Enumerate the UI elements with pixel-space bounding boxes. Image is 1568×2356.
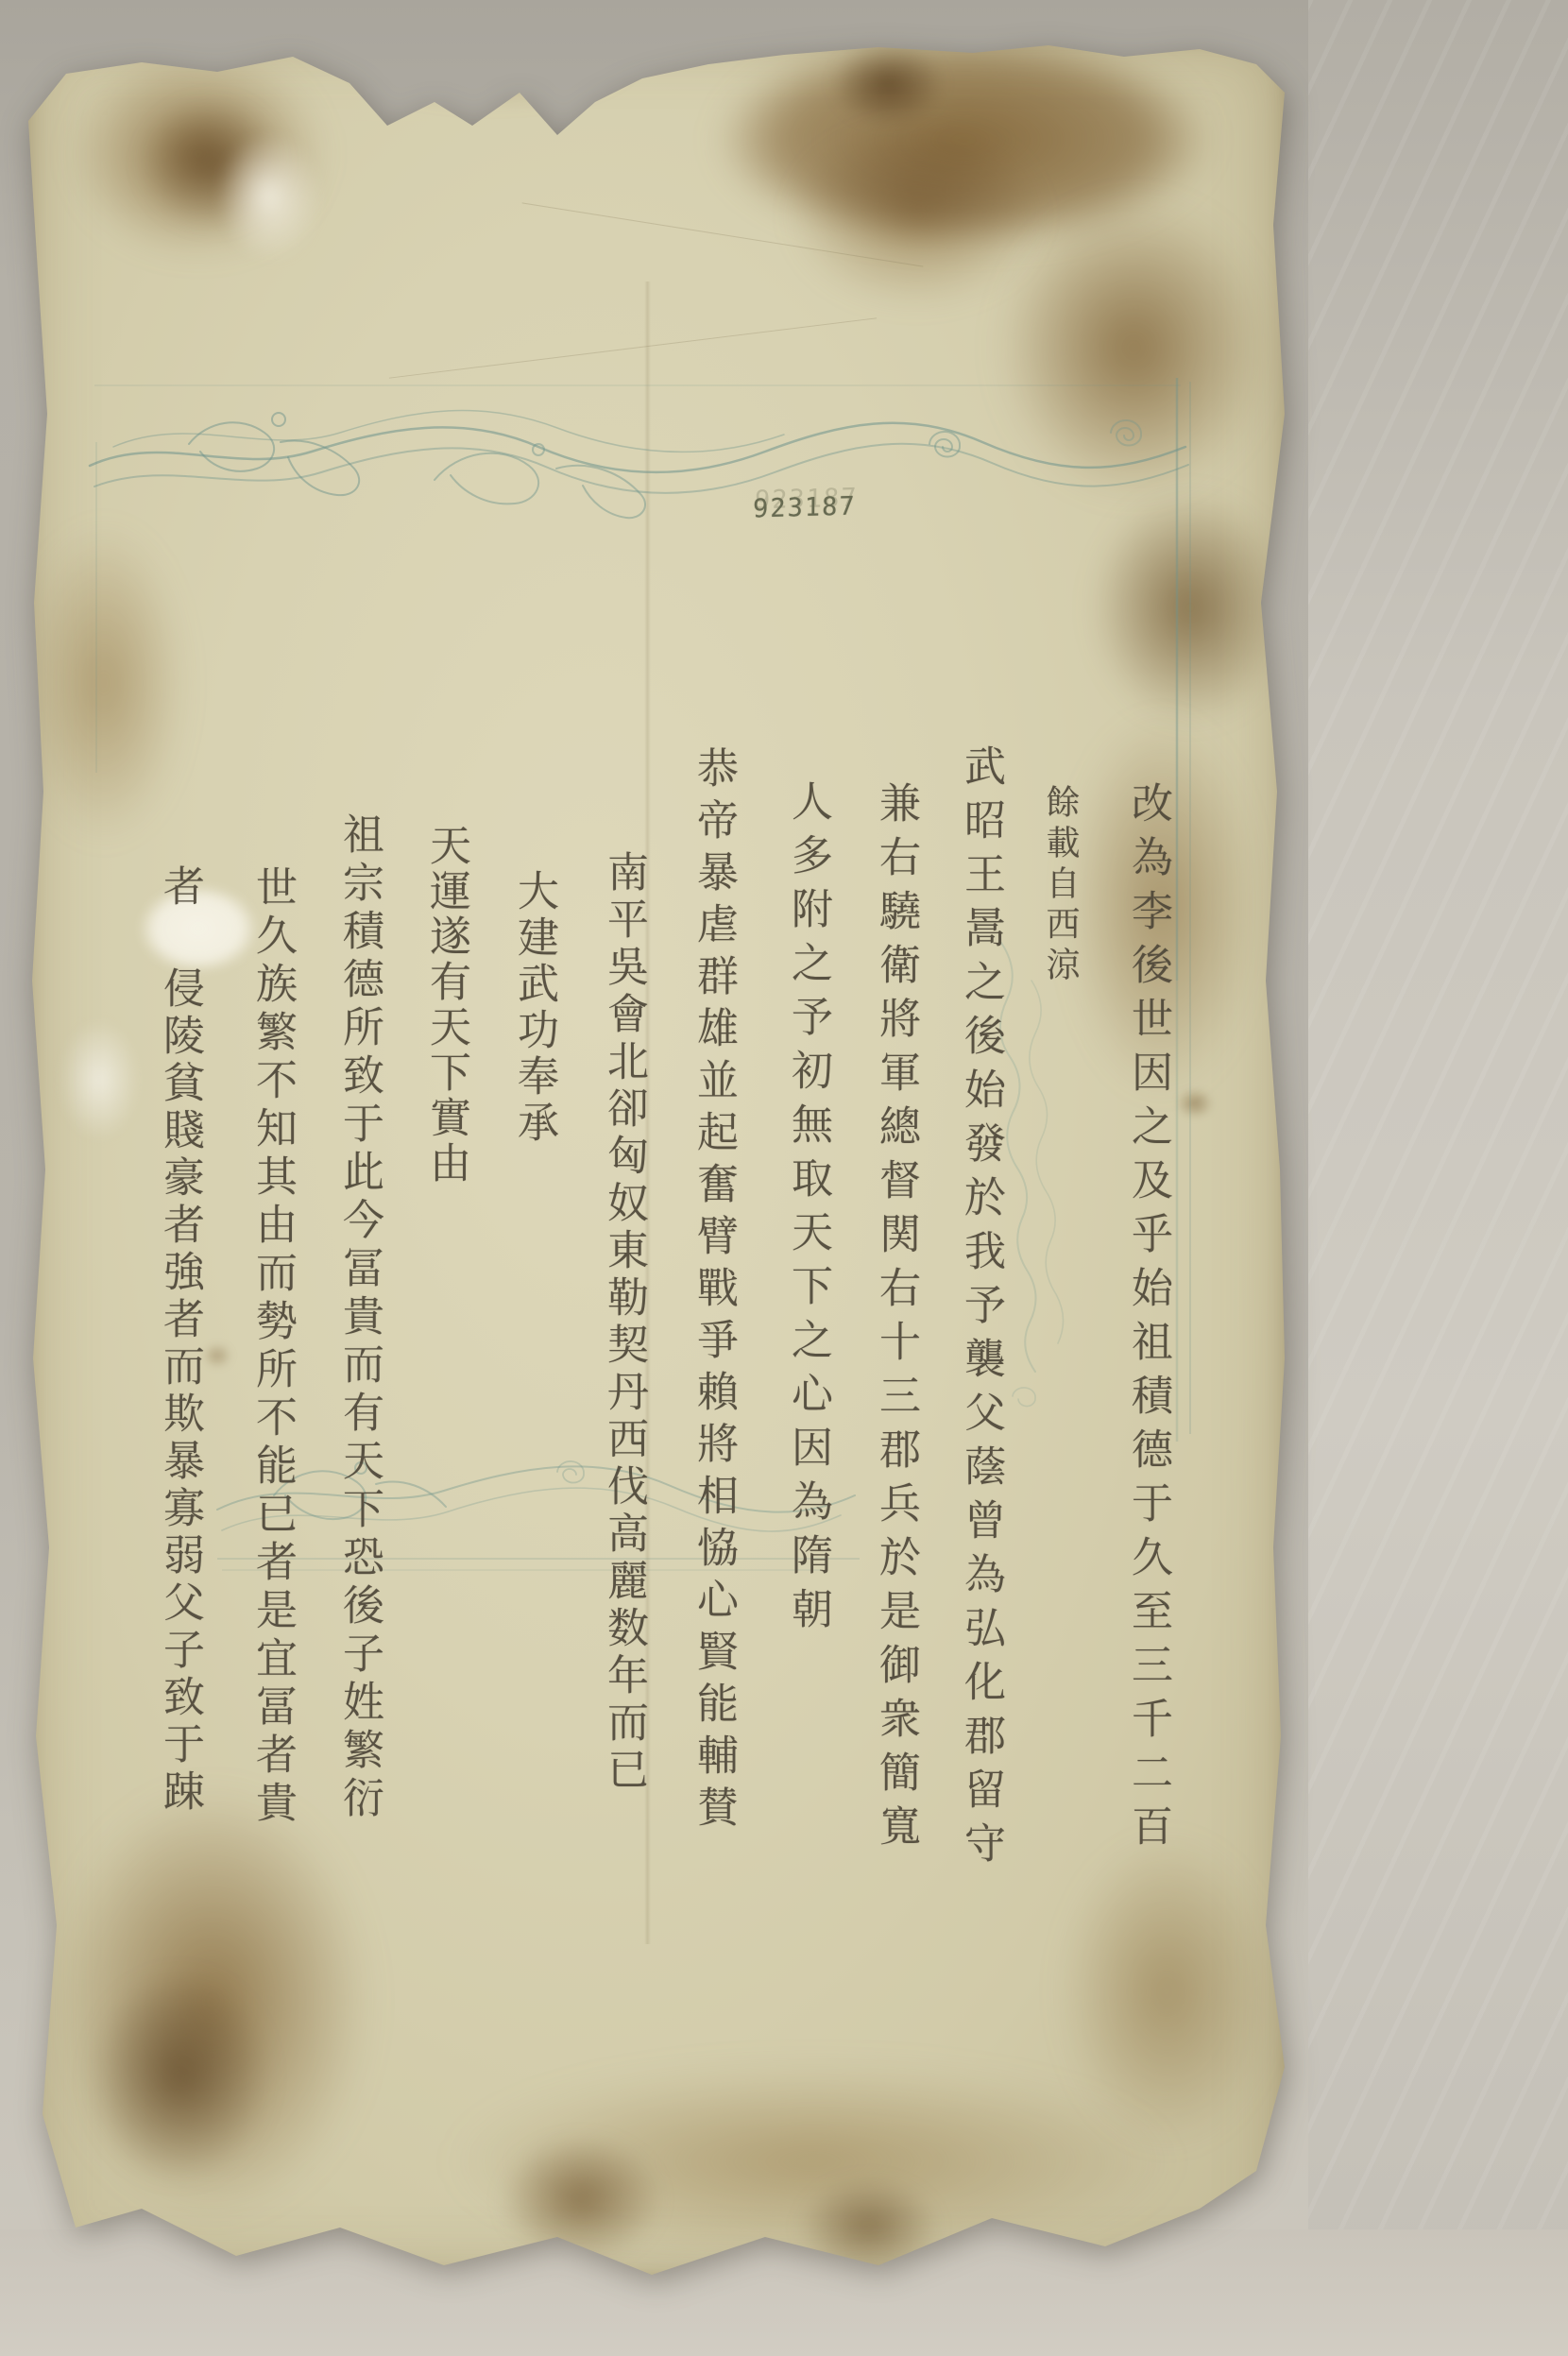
text-column-2: 餘載自西涼 — [1039, 784, 1081, 987]
text-column-12: 者侵陵貧賤豪者強者而欺暴寡弱父子致于踈 — [154, 864, 205, 1817]
wave-line-1 — [90, 423, 1185, 472]
wave-line-3 — [113, 410, 784, 452]
text-column-10: 祖宗積德所致于此今冨貴而有天下恐後子姓繁衍 — [333, 812, 384, 1824]
text-column-12-part1: 者 — [156, 864, 204, 912]
cloud-spiral-2 — [1111, 420, 1141, 446]
text-column-1: 改為李後世因之及乎始祖積德于久至三千二百 — [1122, 781, 1173, 1858]
table-surface-right — [1308, 0, 1568, 2356]
dragon-wave-border-top — [90, 410, 1188, 518]
text-column-11: 世久族繁不知其由而勢所不能已者是宜冨者貴 — [247, 865, 298, 1829]
bottom-wave-line-1 — [217, 1466, 855, 1511]
dragon-wave-border-bottom — [217, 1461, 855, 1531]
dragon-head-left — [272, 413, 285, 426]
woodblock-printed-frame — [28, 36, 1285, 2279]
text-column-12-part2: 侵陵貧賤豪者強者而欺暴寡弱父子致于踈 — [156, 966, 204, 1817]
text-column-8: 大建武功奉承 — [508, 869, 559, 1147]
text-column-4: 兼右驍衛將軍總督関右十三郡兵於是御衆簡寬 — [870, 781, 921, 1858]
text-column-6: 恭帝暴虐群雄並起奮臂戰爭賴將相恊心賢能輔賛 — [688, 746, 739, 1837]
photo-of-manuscript: { "stamp": { "number": "923187" }, "text… — [0, 0, 1568, 2356]
library-stamp-number: 923187 — [753, 492, 857, 524]
cloud-spiral-1 — [929, 432, 960, 457]
dragon-figure-center — [435, 453, 645, 518]
right-ornament-spiral — [1013, 1388, 1035, 1407]
text-column-3: 武昭王暠之後始發於我予襲父蔭曾為弘化郡留守 — [955, 744, 1006, 1875]
paper-sheet: 923187 改為李後世因之及乎始祖積德于久至三千二百 餘載自西涼 武昭王暠之後… — [28, 36, 1285, 2279]
cloud-ornament-right — [1000, 943, 1064, 1407]
text-column-5: 人多附之予初無取天下之心因為隋朝 — [782, 779, 833, 1641]
text-column-7: 南平吳會北卻匈奴東勒契丹西伐高麗数年而已 — [598, 850, 649, 1795]
text-column-9: 天運遂有天下實由 — [420, 824, 471, 1187]
bottom-cloud-spiral — [557, 1461, 584, 1483]
